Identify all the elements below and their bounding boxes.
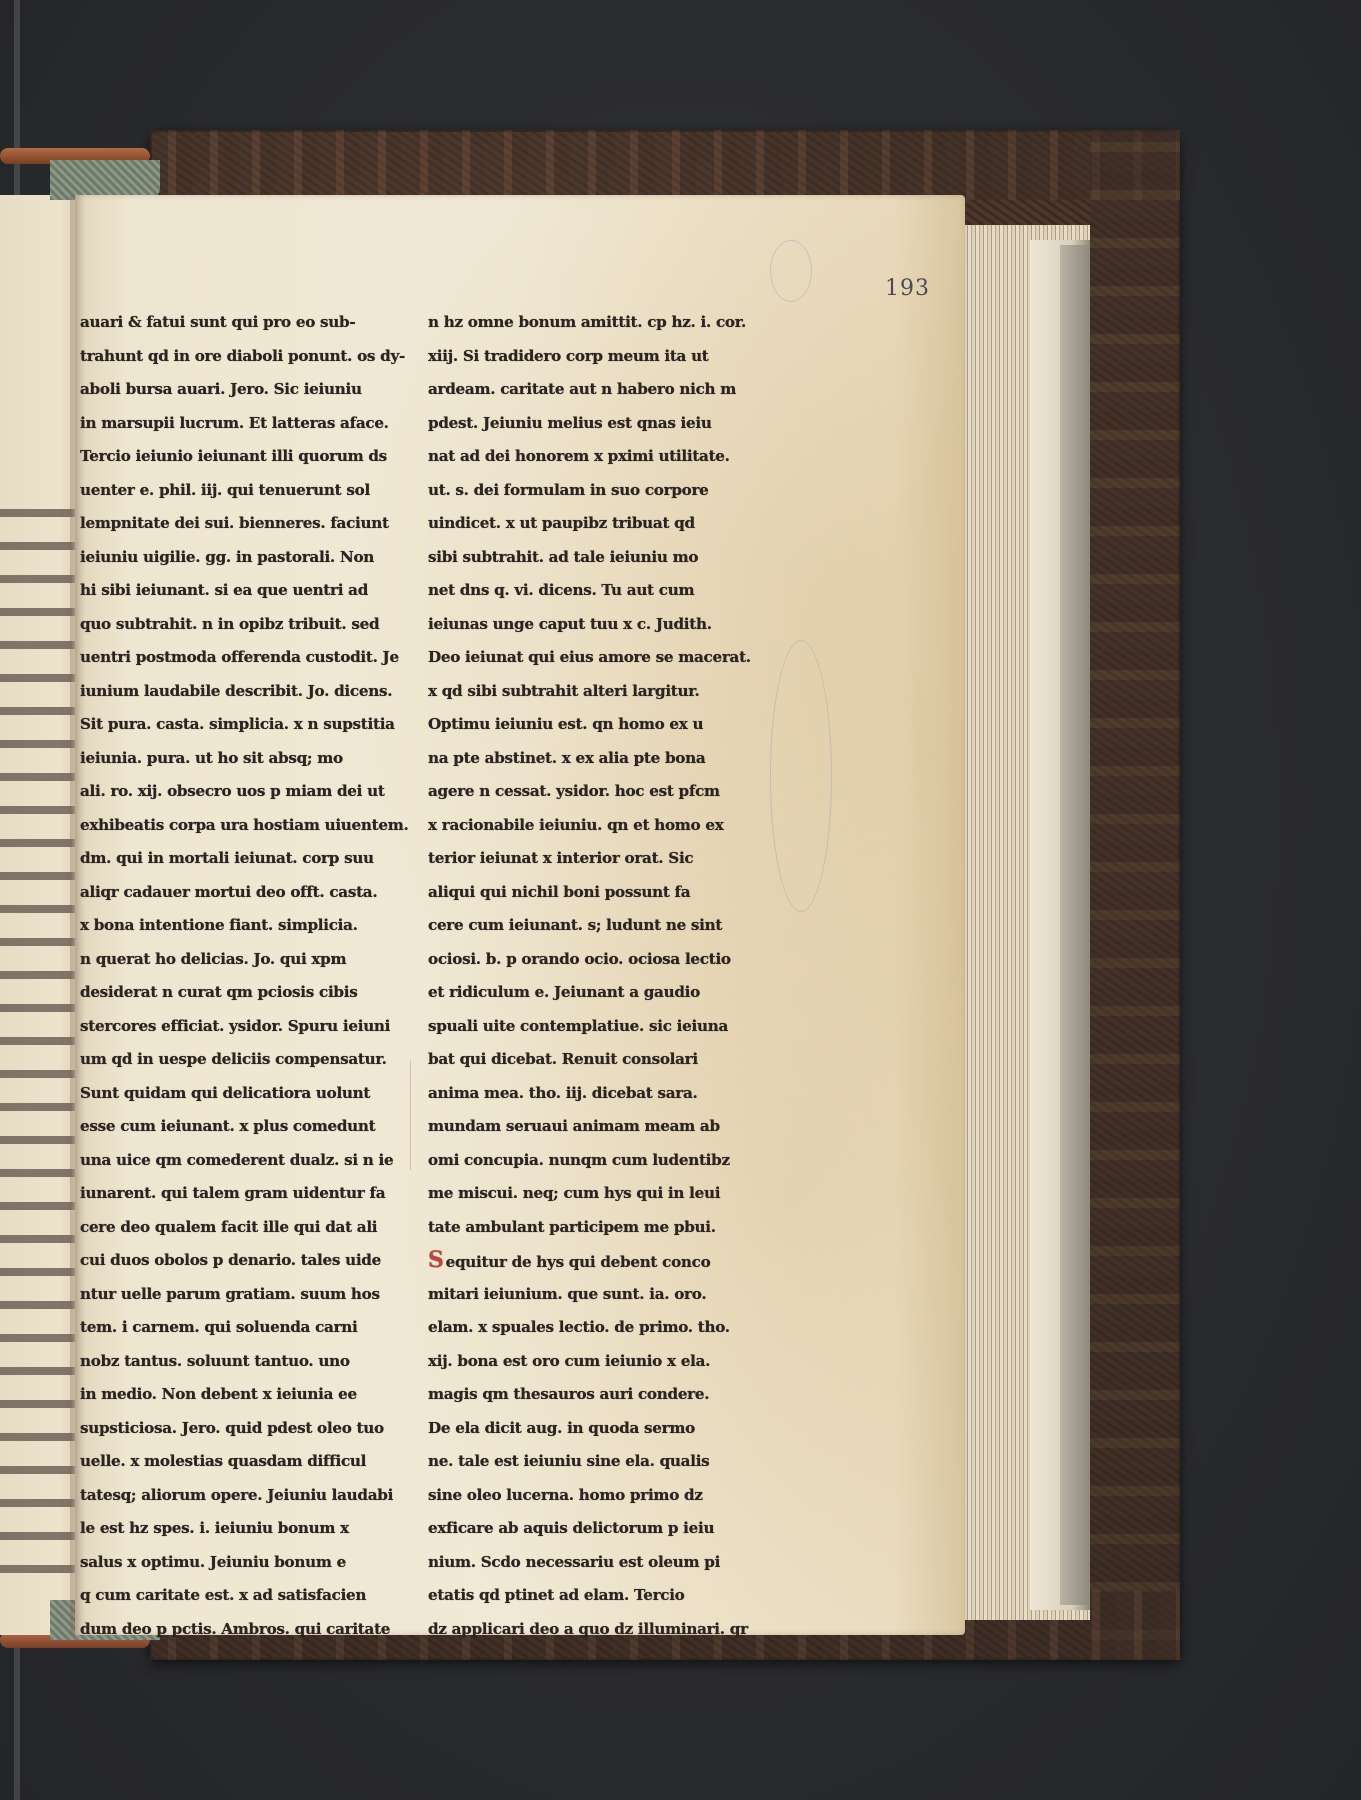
manuscript-line: xiij. Si tradidero corp meum ita ut	[428, 340, 768, 374]
manuscript-line: ut. s. dei formulam in suo corpore	[428, 474, 768, 508]
manuscript-line: elam. x spuales lectio. de primo. tho.	[428, 1311, 768, 1345]
manuscript-line: uelle. x molestias quasdam difficul	[80, 1445, 410, 1479]
manuscript-line: iunium laudabile describit. Jo. dicens.	[80, 675, 410, 709]
manuscript-line: una uice qm comederent dualz. si n ie	[80, 1144, 410, 1178]
manuscript-line: terior ieiunat x interior orat. Sic	[428, 842, 768, 876]
manuscript-line: ociosi. b. p orando ocio. ociosa lectio	[428, 943, 768, 977]
manuscript-line: agere n cessat. ysidor. hoc est pfcm	[428, 775, 768, 809]
manuscript-line: uentri postmoda offerenda custodit. Je	[80, 641, 410, 675]
manuscript-line: lempnitate dei sui. bienneres. faciunt	[80, 507, 410, 541]
tooled-border-right	[1090, 130, 1180, 1660]
manuscript-line: ardeam. caritate aut n habero nich m	[428, 373, 768, 407]
manuscript-line: bat qui dicebat. Renuit consolari	[428, 1043, 768, 1077]
manuscript-line: exhibeatis corpa ura hostiam uiuentem.	[80, 809, 410, 843]
manuscript-line: Deo ieiunat qui eius amore se macerat.	[428, 641, 768, 675]
manuscript-line: mitari ieiunium. que sunt. ia. oro.	[428, 1278, 768, 1312]
manuscript-line: et ridiculum e. Jeiunant a gaudio	[428, 976, 768, 1010]
manuscript-line: n hz omne bonum amittit. cp hz. i. cor.	[428, 306, 768, 340]
manuscript-line: le est hz spes. i. ieiuniu bonum x	[80, 1512, 410, 1546]
manuscript-line: ali. ro. xij. obsecro uos p miam dei ut	[80, 775, 410, 809]
manuscript-line: ieiunas unge caput tuu x c. Judith.	[428, 608, 768, 642]
manuscript-line: De ela dicit aug. in quoda sermo	[428, 1412, 768, 1446]
manuscript-line: aboli bursa auari. Jero. Sic ieiuniu	[80, 373, 410, 407]
manuscript-line: me miscui. neq; cum hys qui in leui	[428, 1177, 768, 1211]
manuscript-line: ieiuniu uigilie. gg. in pastorali. Non	[80, 541, 410, 575]
manuscript-line: stercores efficiat. ysidor. Spuru ieiuni	[80, 1010, 410, 1044]
manuscript-line: dum deo p pctis. Ambros. qui caritate	[80, 1613, 410, 1647]
manuscript-line: desiderat n curat qm pciosis cibis	[80, 976, 410, 1010]
manuscript-line: nat ad dei honorem x pximi utilitate.	[428, 440, 768, 474]
manuscript-line: ntur uelle parum gratiam. suum hos	[80, 1278, 410, 1312]
manuscript-line: nium. Scdo necessariu est oleum pi	[428, 1546, 768, 1580]
manuscript-line: tatesq; aliorum opere. Jeiuniu laudabi	[80, 1479, 410, 1513]
manuscript-line: nobz tantus. soluunt tantuo. uno	[80, 1345, 410, 1379]
manuscript-line: cui duos obolos p denario. tales uide	[80, 1244, 410, 1278]
manuscript-line: salus x optimu. Jeiuniu bonum e	[80, 1546, 410, 1580]
manuscript-line: aliqui qui nichil boni possunt fa	[428, 876, 768, 910]
manuscript-line: anima mea. tho. iij. dicebat sara.	[428, 1077, 768, 1111]
manuscript-line: Tercio ieiunio ieiunant illi quorum ds	[80, 440, 410, 474]
manuscript-line: Sunt quidam qui delicatiora uolunt	[80, 1077, 410, 1111]
manuscript-line: dm. qui in mortali ieiunat. corp suu	[80, 842, 410, 876]
manuscript-line: Optimu ieiuniu est. qn homo ex u	[428, 708, 768, 742]
manuscript-line: x qd sibi subtrahit alteri largitur.	[428, 675, 768, 709]
left-page-text	[0, 495, 80, 1595]
manuscript-line: Sequitur de hys qui debent conco	[428, 1244, 768, 1278]
manuscript-line: dz applicari deo a quo dz illuminari. qr	[428, 1613, 768, 1647]
manuscript-line: x racionabile ieiuniu. qn et homo ex	[428, 809, 768, 843]
manuscript-line: hi sibi ieiunant. si ea que uentri ad	[80, 574, 410, 608]
manuscript-line: cere deo qualem facit ille qui dat ali	[80, 1211, 410, 1245]
manuscript-line: auari & fatui sunt qui pro eo sub-	[80, 306, 410, 340]
manuscript-line: ieiunia. pura. ut ho sit absq; mo	[80, 742, 410, 776]
manuscript-line: x bona intentione fiant. simplicia.	[80, 909, 410, 943]
manuscript-line: sine oleo lucerna. homo primo dz	[428, 1479, 768, 1513]
rubricated-initial: S	[428, 1247, 444, 1273]
manuscript-line: Sit pura. casta. simplicia. x n supstiti…	[80, 708, 410, 742]
tooled-border-top	[150, 130, 1180, 200]
manuscript-line: net dns q. vi. dicens. Tu aut cum	[428, 574, 768, 608]
manuscript-line: exficare ab aquis delictorum p ieiu	[428, 1512, 768, 1546]
manuscript-line: xij. bona est oro cum ieiunio x ela.	[428, 1345, 768, 1379]
manuscript-line: na pte abstinet. x ex alia pte bona	[428, 742, 768, 776]
ruling-line	[410, 1060, 411, 1170]
manuscript-line: aliqr cadauer mortui deo offt. casta.	[80, 876, 410, 910]
manuscript-line: cere cum ieiunant. s; ludunt ne sint	[428, 909, 768, 943]
pastedown	[1060, 245, 1090, 1605]
manuscript-line: trahunt qd in ore diaboli ponunt. os dy-	[80, 340, 410, 374]
manuscript-line: spuali uite contemplatiue. sic ieiuna	[428, 1010, 768, 1044]
folio-number: 193	[885, 276, 930, 301]
manuscript-line: tate ambulant participem me pbui.	[428, 1211, 768, 1245]
manuscript-line: in marsupii lucrum. Et latteras aface.	[80, 407, 410, 441]
manuscript-line: tem. i carnem. qui soluenda carni	[80, 1311, 410, 1345]
manuscript-line: quo subtrahit. n in opibz tribuit. sed	[80, 608, 410, 642]
manuscript-line: ne. tale est ieiuniu sine ela. qualis	[428, 1445, 768, 1479]
manuscript-line: pdest. Jeiuniu melius est qnas ieiu	[428, 407, 768, 441]
line-text: equitur de hys qui debent conco	[446, 1253, 711, 1271]
text-column-b: n hz omne bonum amittit. cp hz. i. cor.x…	[428, 306, 768, 1646]
manuscript-line: esse cum ieiunant. x plus comedunt	[80, 1110, 410, 1144]
manuscript-line: iunarent. qui talem gram uidentur fa	[80, 1177, 410, 1211]
manuscript-line: mundam seruaui animam meam ab	[428, 1110, 768, 1144]
manuscript-line: omi concupia. nunqm cum ludentibz	[428, 1144, 768, 1178]
manuscript-line: sibi subtrahit. ad tale ieiuniu mo	[428, 541, 768, 575]
manuscript-line: n querat ho delicias. Jo. qui xpm	[80, 943, 410, 977]
manuscript-line: uindicet. x ut paupibz tribuat qd	[428, 507, 768, 541]
manuscript-line: q cum caritate est. x ad satisfacien	[80, 1579, 410, 1613]
text-column-a: auari & fatui sunt qui pro eo sub-trahun…	[80, 306, 410, 1646]
manuscript-line: magis qm thesauros auri condere.	[428, 1378, 768, 1412]
manuscript-line: in medio. Non debent x ieiunia ee	[80, 1378, 410, 1412]
manuscript-line: uenter e. phil. iij. qui tenuerunt sol	[80, 474, 410, 508]
headband-top	[50, 160, 160, 200]
manuscript-line: supsticiosa. Jero. quid pdest oleo tuo	[80, 1412, 410, 1446]
manuscript-line: etatis qd ptinet ad elam. Tercio	[428, 1579, 768, 1613]
pencil-mark	[770, 240, 812, 302]
manuscript-line: um qd in uespe deliciis compensatur.	[80, 1043, 410, 1077]
pencil-mark	[770, 640, 832, 912]
